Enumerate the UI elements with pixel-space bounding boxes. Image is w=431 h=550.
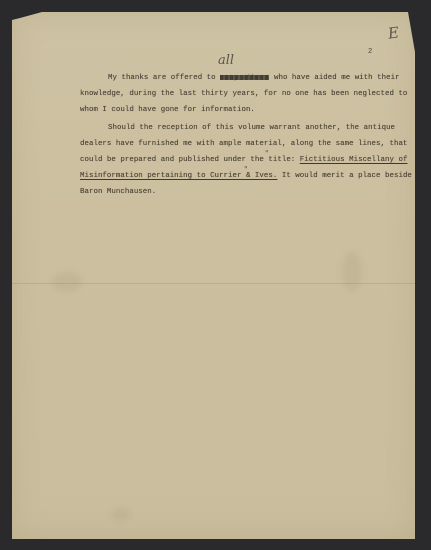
- handwritten-close-quote: ": [244, 165, 248, 174]
- scanned-document: E 2 all My thanks are offered to many ot…: [0, 0, 431, 550]
- paragraph-1-line-1: My thanks are offered to many others who…: [108, 75, 400, 82]
- paragraph-2-line-1: Should the reception of this volume warr…: [108, 125, 395, 132]
- paragraph-2-line-4: Misinformation pertaining to Currier & I…: [80, 173, 412, 180]
- paragraph-1-line-3: whom I could have gone for information.: [80, 107, 255, 114]
- smudge: [52, 272, 82, 292]
- smudge: [112, 507, 130, 521]
- page-number: 2: [368, 48, 372, 56]
- title-part-2: Misinformation pertaining to Currier & I…: [80, 172, 277, 180]
- paragraph-2-line-5: Baron Munchausen.: [80, 189, 156, 196]
- handwritten-insertion: all: [218, 53, 234, 68]
- paragraph-2-line-3: could be prepared and published under th…: [80, 157, 407, 164]
- title-part-1: Fictitious Miscellany of: [300, 156, 408, 164]
- smudge: [342, 252, 362, 292]
- handwritten-open-quote: ": [265, 149, 269, 158]
- paragraph-1-line-2: knowledge, during the last thirty years,…: [80, 91, 407, 98]
- paragraph-2-line-2: dealers have furnished me with ample mat…: [80, 141, 407, 148]
- struck-text: many others: [220, 74, 269, 82]
- corner-mark: E: [387, 23, 400, 42]
